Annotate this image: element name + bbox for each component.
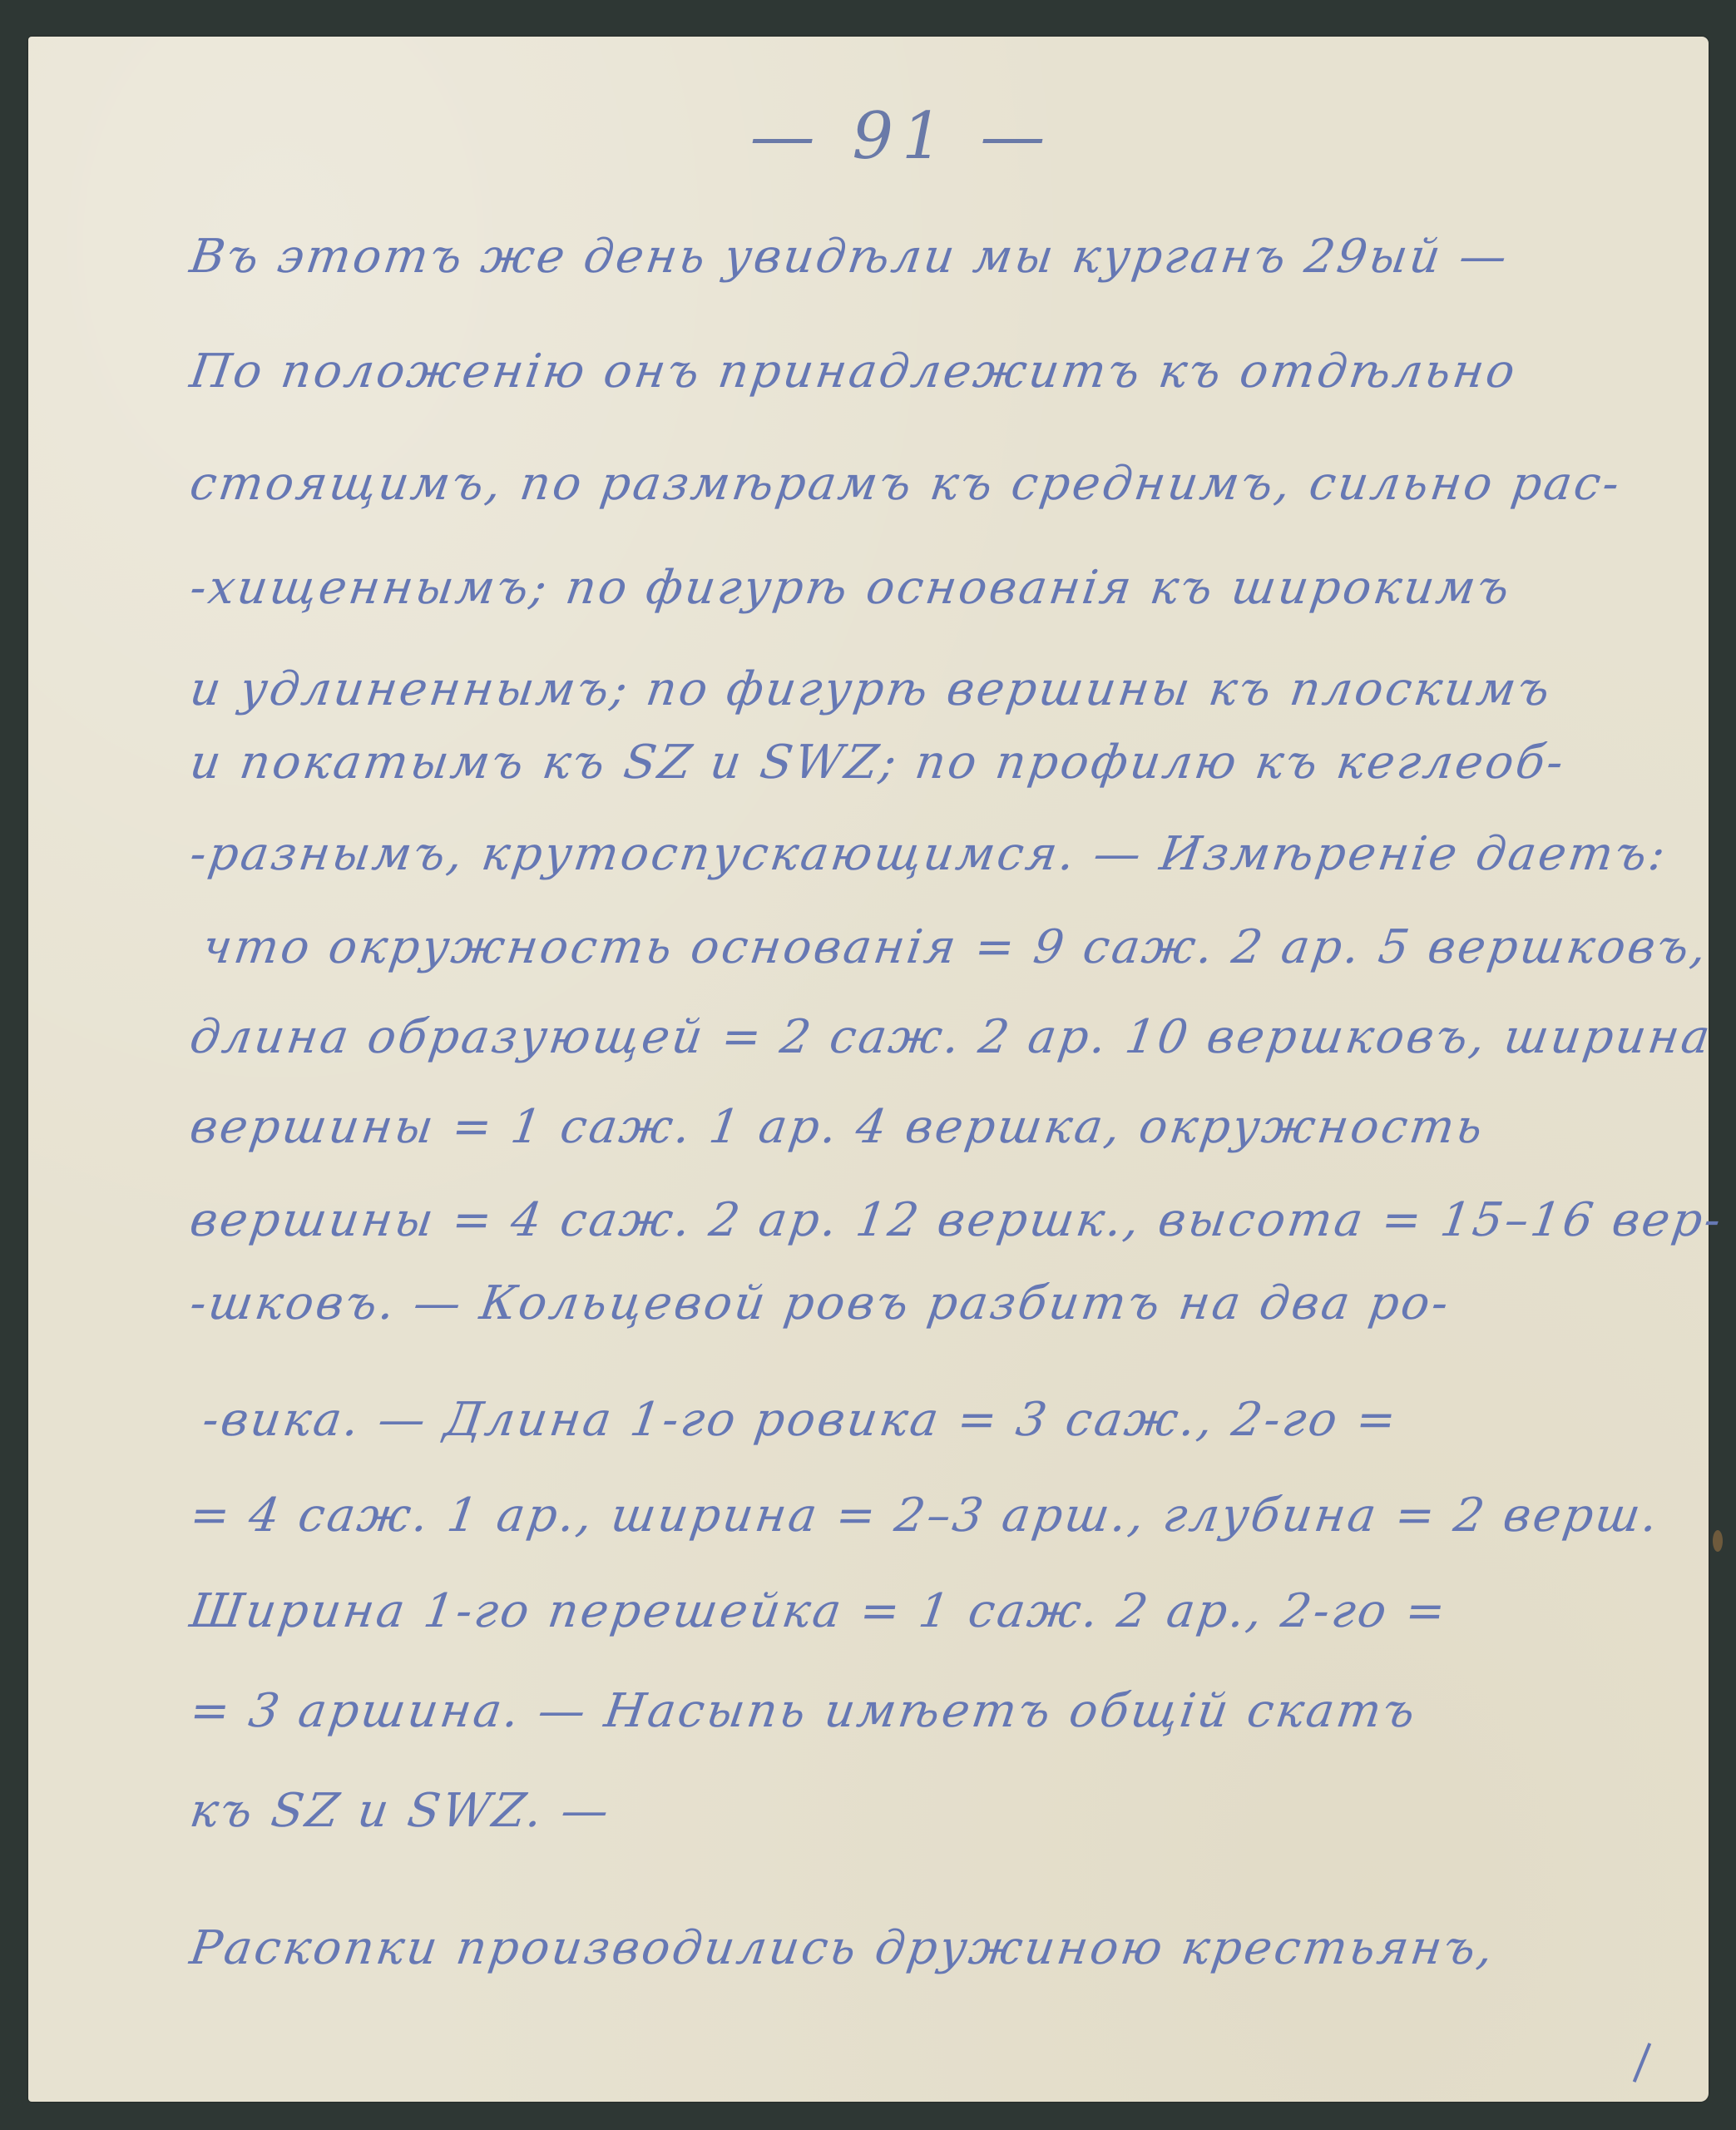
text-line-2: По положенію онъ принадлежитъ къ отдѣльн…	[186, 344, 1521, 399]
text-line-17: къ SZ и SWZ. —	[186, 1784, 614, 1838]
page-number: — 91 —	[719, 99, 1085, 174]
text-line-8: что окружность основанія = 9 саж. 2 ар. …	[199, 920, 1712, 974]
text-line-9: длина образующей = 2 саж. 2 ар. 10 вершк…	[186, 1010, 1715, 1064]
text-line-15: Ширина 1-го перешейка = 1 саж. 2 ар., 2-…	[186, 1584, 1451, 1638]
text-line-5: и удлиненнымъ; по фигурѣ вершины къ плос…	[186, 662, 1555, 716]
ink-stain	[1713, 1530, 1723, 1552]
text-line-18: Раскопки производились дружиною крестьян…	[186, 1921, 1498, 1975]
text-line-12: -шковъ. — Кольцевой ровъ разбитъ на два …	[186, 1276, 1454, 1330]
text-line-16: = 3 аршина. — Насыпь имѣетъ общій скатъ	[186, 1684, 1420, 1738]
manuscript-page: — 91 — Въ этотъ же день увидѣли мы курга…	[28, 37, 1709, 2102]
text-line-10: вершины = 1 саж. 1 ар. 4 вершка, окружно…	[186, 1100, 1488, 1154]
text-line-4: -хищеннымъ; по фигурѣ основанія къ широк…	[186, 561, 1515, 615]
text-line-11: вершины = 4 саж. 2 ар. 12 вершк., высота…	[186, 1193, 1726, 1247]
text-line-1: Въ этотъ же день увидѣли мы курганъ 29ый…	[186, 230, 1512, 284]
text-line-7: -разнымъ, крутоспускающимся. — Измѣреніе…	[186, 827, 1670, 881]
text-line-6: и покатымъ къ SZ и SWZ; по профилю къ ке…	[186, 736, 1569, 790]
text-line-13: -вика. — Длина 1-го ровика = 3 саж., 2-г…	[199, 1393, 1402, 1447]
comma-mark	[1633, 2043, 1651, 2083]
text-line-3: стоящимъ, по размѣрамъ къ среднимъ, силь…	[186, 457, 1625, 511]
text-line-14: = 4 саж. 1 ар., ширина = 2–3 арш., глуби…	[186, 1489, 1663, 1543]
